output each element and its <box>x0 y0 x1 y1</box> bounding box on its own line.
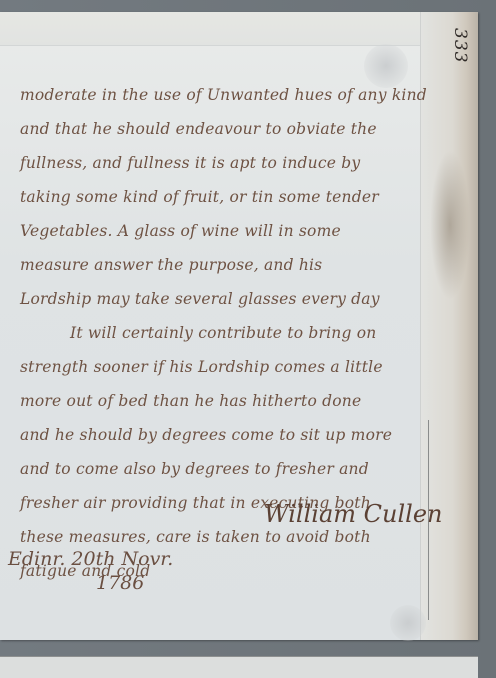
letter-line: taking some kind of fruit, or tin some t… <box>20 180 420 214</box>
letter-line: It will certainly contribute to bring on <box>20 316 420 350</box>
letter-line: measure answer the purpose, and his <box>20 248 420 282</box>
signature: William Cullen <box>264 500 442 528</box>
letter-line: more out of bed than he has hitherto don… <box>20 384 420 418</box>
letter-line: and that he should endeavour to obviate … <box>20 112 420 146</box>
letter-line: fullness, and fullness it is apt to indu… <box>20 146 420 180</box>
letter-line: strength sooner if his Lordship comes a … <box>20 350 420 384</box>
page-stain <box>430 150 470 300</box>
letter-line: moderate in the use of Unwanted hues of … <box>20 78 420 112</box>
letter-line: Vegetables. A glass of wine will in some <box>20 214 420 248</box>
place-date-text: Edinr. 20th Novr. <box>8 548 173 570</box>
place-date: Edinr. 20th Novr. 1786 <box>8 548 173 594</box>
page-bottom-edge <box>0 656 478 678</box>
page-top-fold <box>0 12 478 46</box>
seal-mark-bottom <box>390 605 426 641</box>
letter-line: and he should by degrees come to sit up … <box>20 418 420 452</box>
folio-number: 333 <box>450 28 470 63</box>
year-text: 1786 <box>8 572 173 594</box>
letter-line: Lordship may take several glasses every … <box>20 282 420 316</box>
letter-line: and to come also by degrees to fresher a… <box>20 452 420 486</box>
